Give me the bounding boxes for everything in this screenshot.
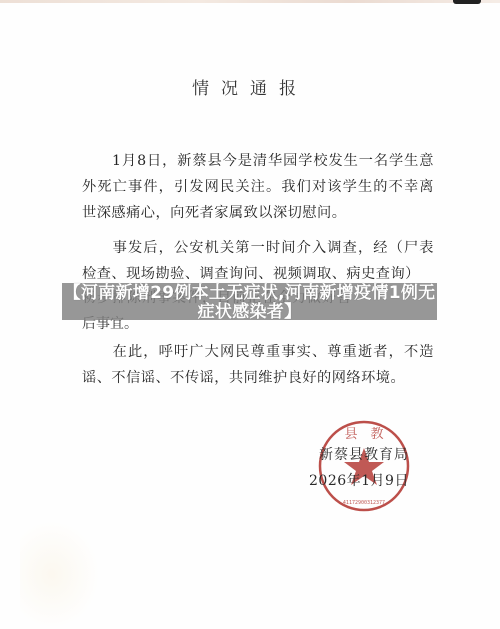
headline-overlay-text: 【河南新增29例本土无症状,河南新增疫情1例无症状感染者】 (62, 284, 437, 322)
scan-corner-mark (453, 0, 481, 4)
signer-name: 新蔡县教育局 (319, 444, 409, 464)
svg-text:41172900312377: 41172900312377 (343, 500, 385, 506)
paragraph-2: 事发后，公安机关第一时间介入调查，经（尸表检查、现场勘验、调查询问、视频调取、病… (82, 235, 434, 287)
closing-paragraph: 在此，呼吁广大网民尊重事实、尊重逝者，不造谣、不信谣、不传谣，共同维护良好的网络… (82, 339, 434, 391)
paragraph-1-text: 1月8日，新蔡县今是清华园学校发生一名学生意外死亡事件，引发网民关注。我们对该学… (82, 153, 434, 221)
closing-paragraph-text: 在此，呼吁广大网民尊重事实、尊重逝者，不造谣、不信谣、不传谣，共同维护良好的网络… (82, 344, 434, 386)
official-seal-icon: 县 教 41172900312377 (316, 418, 412, 514)
signature-date: 2026年1月9日 (309, 470, 409, 490)
paragraph-2-text: 事发后，公安机关第一时间介入调查，经（尸表检查、现场勘验、调查询问、视频调取、病… (82, 240, 434, 282)
svg-text:县 教: 县 教 (344, 426, 383, 442)
scan-top-edge (0, 0, 500, 3)
document-title: 情况通报 (0, 74, 500, 99)
scan-stain (20, 520, 100, 629)
paragraph-1: 1月8日，新蔡县今是清华园学校发生一名学生意外死亡事件，引发网民关注。我们对该学… (82, 148, 434, 226)
